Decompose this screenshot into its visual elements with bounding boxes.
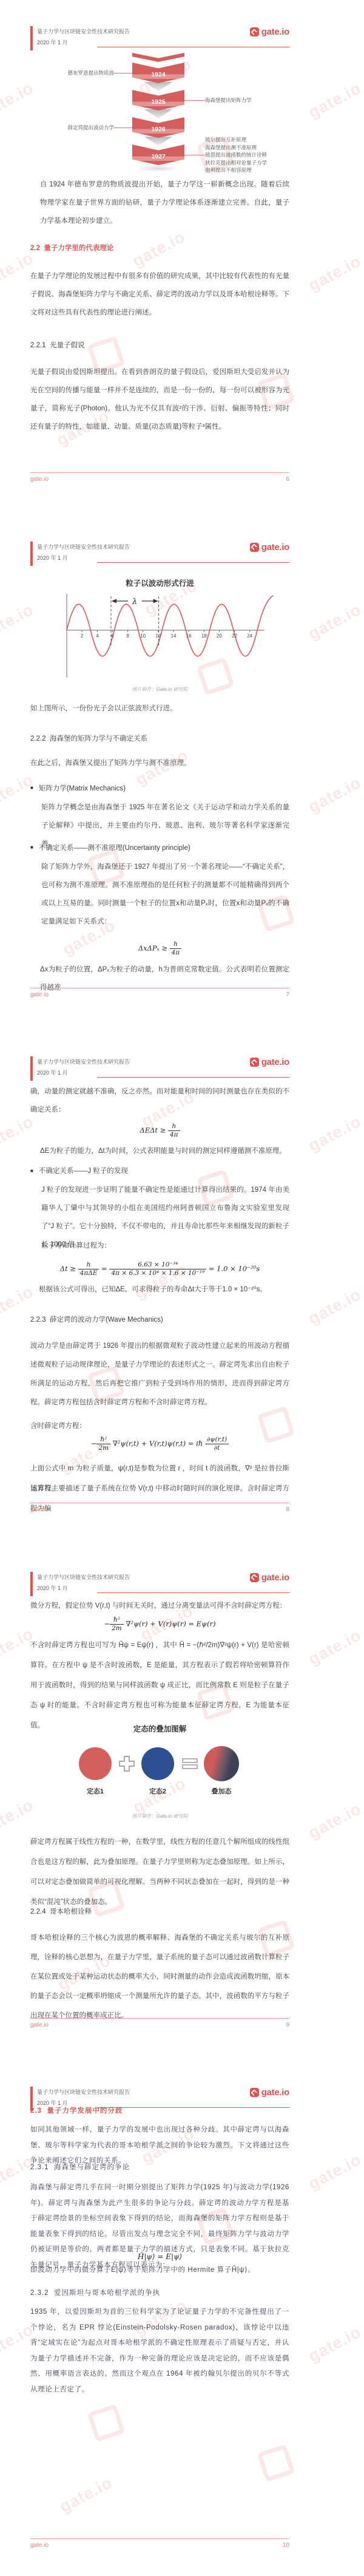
- timeline-connector: [114, 127, 132, 128]
- equals-icon: [182, 1758, 198, 1769]
- watermark-text: gate.io: [305, 2150, 364, 2194]
- report-title: 量子力学与区块链安全性技术研究报告: [37, 1573, 130, 1581]
- state1-circle: [79, 1747, 112, 1780]
- header-accent-bar: [30, 1056, 33, 1081]
- paragraph-tdse-intro: 含时薛定谔方程：: [30, 1417, 289, 1435]
- formula-time-independent-schrodinger: −ℏ²2m ∇²ψ(r) + V(r)ψ(r) = Eψ(r): [30, 1616, 289, 1633]
- paragraph-2-2-1: 光量子假说由爱因斯坦提出。在看到普朗克的量子假设后，爱因斯坦大受启发并认为光在空…: [30, 363, 289, 436]
- footer-rule: [30, 2018, 289, 2019]
- footer-brand: gate.io: [30, 476, 49, 483]
- header-rule: [97, 562, 289, 563]
- page-number: 7: [286, 991, 289, 998]
- watermark-logo-icon: [257, 2444, 295, 2483]
- section-heading-2-2-3: 2.2.3 薛定谔的波动力学(Wave Mechanics): [30, 1314, 163, 1324]
- footer-brand: gate.io: [30, 1506, 49, 1513]
- header-accent-bar: [30, 542, 33, 566]
- gateio-logo-wordmark: gate.io: [261, 27, 289, 37]
- bullet-uncertainty: ■不确定关系——测不准原理(Uncertainty principle): [30, 843, 289, 852]
- watermark-text: gate.io: [305, 600, 364, 644]
- footer-rule: [30, 472, 289, 473]
- header-rule: [97, 1077, 289, 1078]
- page-number: 9: [286, 2022, 289, 2028]
- state1-label: 定态1: [74, 1786, 116, 1796]
- timeline-event-label: 薛定谔提出波动力学: [35, 124, 114, 132]
- report-date: 2020 年 1 月: [37, 1584, 68, 1592]
- gateio-logo-wordmark: gate.io: [261, 1057, 289, 1067]
- bullet-icon: ■: [30, 785, 33, 790]
- watermark-text: gate.io: [305, 2323, 364, 2367]
- svg-text:2: 2: [81, 633, 84, 639]
- timeline-event-label: 玻尔提出互补原理 海森堡提出测不准原理 玻恩提出波函数的统计诠释 狄拉克提出相对…: [205, 136, 290, 174]
- section-heading-2-3: 2.3 量子力学发展中的分歧: [30, 2105, 123, 2115]
- gateio-logo-icon: [250, 27, 259, 36]
- gateio-logo: gate.io: [250, 27, 289, 37]
- bullet-icon: ■: [30, 845, 33, 850]
- paragraph-intro: 自 1924 年德布罗意的物质波提出开始，量子力学这一崭新概念出现。随着后续物理…: [40, 175, 289, 230]
- report-date: 2020 年 1 月: [37, 38, 68, 46]
- timeline-year-banner: 1924: [132, 63, 184, 83]
- gateio-logo-icon: [250, 2088, 259, 2097]
- bullet-icon: ■: [30, 1168, 33, 1174]
- timeline-connector: [184, 100, 205, 101]
- gateio-logo: gate.io: [250, 1572, 289, 1583]
- section-heading-2-2-2: 2.2.2 海森堡的矩阵力学与不确定关系: [30, 733, 147, 743]
- gateio-logo-wordmark: gate.io: [261, 1572, 289, 1583]
- header-accent-bar: [30, 1572, 33, 1596]
- header-rule: [97, 1592, 289, 1593]
- watermark-logo-icon: [87, 2404, 125, 2442]
- paragraph-2-3-2: 1935 年，以爱因斯坦为首的三位科学家为了论证量子力学的不完备性提出了一个悖论…: [30, 2305, 289, 2398]
- paragraph-dirac-note: 即波动力学中的微分算子E|ψ⟩等于矩阵力学中的 Hermite 算子Ĥ|ψ⟩。: [30, 2263, 289, 2279]
- report-page-9: gate.io gate.io gate.io gate.io gate.io …: [0, 1546, 364, 2061]
- bullet-j-particle: ■不确定关系——J 粒子的发现: [30, 1166, 289, 1175]
- timeline-connector: [184, 155, 205, 155]
- section-heading-2-2: 2.2 量子力学里的代表理论: [30, 243, 113, 253]
- paragraph-continued: 确，动量的测定就越不准确，反之亦然。而对能量和时间的同时测量也存在类似的不确定关…: [30, 1082, 289, 1119]
- page-number: 10: [283, 2542, 289, 2549]
- formula-dirac-notation: Ĥ|ψ⟩ = E|ψ⟩: [30, 2252, 289, 2261]
- timeline-event-label: 德布罗意提出物质波: [35, 69, 114, 77]
- timeline-event-label: 海森堡提出矩阵力学: [205, 97, 287, 104]
- paragraph-lifetime-intro: 粒子寿命计算过程为：: [41, 1237, 289, 1255]
- report-date: 2020 年 1 月: [37, 554, 68, 562]
- paragraph-figure-note: 如上图所示，一份份光子会以正弦波形式行进。: [30, 699, 289, 718]
- timeline-diagram: 1924 1925 1926 1927 德布罗意提出物质波 海森堡提出矩阵力学 …: [30, 52, 289, 180]
- timeline-shadow-triangle: [144, 109, 172, 118]
- svg-text:10: 10: [140, 633, 146, 639]
- x-axis-ticks: 2 4 6 8 10 12 14 16 18 20 22 24: [81, 630, 253, 639]
- figure-caption: 图片制作：Gate.io 研究院: [30, 1813, 289, 1820]
- watermark-text: gate.io: [305, 1626, 364, 1670]
- timeline-shadow-ellipse: [137, 165, 180, 172]
- formula-lifetime: Δt ≥ h4πΔE = 6.63 × 10⁻³⁴4π × 6.3 × 10⁴ …: [30, 1261, 289, 1277]
- wave-figure-title: 粒子以波动形式行进: [30, 577, 289, 588]
- plus-icon: [118, 1755, 135, 1772]
- watermark-text: gate.io: [56, 2473, 116, 2517]
- svg-text:22: 22: [232, 633, 237, 639]
- timeline-shadow-triangle: [144, 82, 172, 91]
- paragraph-2-2: 在量子力学理论的发展过程中有很多有价值的研究成果，其中比较有代表性的有光量子假说…: [30, 267, 289, 322]
- footer-brand: gate.io: [30, 2542, 49, 2549]
- timeline-ribbon-cap: [132, 53, 184, 62]
- report-title: 量子力学与区块链安全性技术研究报告: [37, 2088, 130, 2096]
- formula-energy-time: ΔEΔt ≥ h4π: [30, 1123, 289, 1139]
- section-heading-2-3-2: 2.3.2 爱因斯坦与哥本哈根学派的争执: [30, 2288, 160, 2297]
- gateio-logo-wordmark: gate.io: [261, 542, 289, 552]
- paragraph-tise: 不含时薛定谔方程也可写为 Ĥψ = Eψ(r) ，其中 Ĥ = −(ℏ²/2m)…: [30, 1636, 289, 1736]
- bullet-matrix-mechanics: ■矩阵力学(Matrix Mechanics): [30, 783, 289, 793]
- superposition-label: 叠加态: [200, 1786, 243, 1796]
- section-heading-2-2-4: 2.2.4 哥本哈根诠释: [30, 1906, 92, 1916]
- page-number: 8: [286, 1506, 289, 1513]
- watermark-text: gate.io: [0, 600, 37, 644]
- superposition-figure-title: 定态的叠加图解: [30, 1723, 289, 1734]
- formula-time-dependent-schrodinger: −ℏ²2m ∇²ψ(r,t) + V(r,t)ψ(r,t) = iℏ ∂ψ(r,…: [30, 1436, 289, 1452]
- sine-wave-path: [67, 596, 273, 656]
- watermark-text: gate.io: [305, 252, 364, 296]
- paragraph-uncertainty: 除了矩阵力学外，海森堡还于 1927 年提出了另一个著名理论——“不确定关系”，…: [41, 858, 289, 931]
- watermark-text: gate.io: [305, 1112, 364, 1156]
- page-number: 6: [286, 476, 289, 483]
- report-title: 量子力学与区块链安全性技术研究报告: [37, 543, 130, 551]
- section-heading-2-3-1: 2.3.1 海森堡与薛定谔的争论: [30, 2162, 130, 2172]
- header-accent-bar: [30, 26, 33, 50]
- gateio-logo: gate.io: [250, 2087, 289, 2098]
- svg-text:18: 18: [201, 633, 207, 639]
- timeline-shadow-triangle: [144, 137, 172, 146]
- section-heading-2-2-1: 2.2.1 光量子假说: [30, 340, 84, 350]
- svg-text:6: 6: [111, 633, 114, 639]
- paragraph-2-2-3: 波动力学是由薛定谔于 1926 年提出的根据微观粒子波动性建立起来的用波动方程描…: [30, 1337, 289, 1412]
- svg-text:20: 20: [217, 633, 222, 639]
- report-page-8: gate.io gate.io gate.io gate.io gate.io …: [0, 1030, 364, 1546]
- gateio-logo-wordmark: gate.io: [261, 2087, 289, 2098]
- report-title: 量子力学与区块链安全性技术研究报告: [37, 27, 130, 35]
- report-page-6: gate.io gate.io gate.io gate.io gate.io …: [0, 0, 364, 515]
- paragraph-2-2-2: 在此之后，海森堡又提出了矩阵力学与测不准原理。: [30, 754, 289, 772]
- gateio-logo-icon: [250, 1058, 259, 1067]
- figure-caption: 图片制作：Gate.io 研究院: [30, 686, 289, 693]
- header-rule: [97, 47, 289, 47]
- formula-position-momentum: ΔxΔPₓ ≥ h4π: [30, 940, 289, 957]
- lambda-label: λ: [132, 597, 137, 607]
- paragraph-superposition: 薛定谔方程属于线性方程的一种，在数学里，线性方程的任意几个解所组成的线性组合也是…: [30, 1832, 289, 1912]
- paragraph-tdse-desc: 该方程主要描述了量子系统在位势 V(r,t) 中移动时随时间的演化规律。含时薛定…: [30, 1479, 289, 1519]
- paragraph-energy-time: ΔE为粒子的能力，Δt为时间，公式表明能量与时间的测定同样遵循测不准原理。: [40, 1142, 289, 1160]
- superposition-circle: [204, 1746, 239, 1781]
- timeline-year-banner: 1925: [132, 90, 184, 110]
- footer-brand: gate.io: [30, 2022, 49, 2028]
- paragraph-copenhagen: 哥本哈根诠释的三个核心为波恩的概率解释、海森堡的不确定关系与玻尔的互补原理，诠释…: [30, 1928, 289, 2025]
- footer-rule: [30, 988, 289, 988]
- sine-wave-chart: λ 2 4 6 8 10 12 14 16 18 20 22 24: [64, 593, 274, 684]
- svg-text:16: 16: [186, 633, 192, 639]
- timeline-year-banner: 1926: [132, 117, 184, 138]
- watermark-text: gate.io: [305, 79, 364, 123]
- state2-label: 定态2: [136, 1786, 179, 1796]
- report-page-10: gate.io gate.io gate.io gate.io gate.io …: [0, 2061, 364, 2576]
- timeline-year-banner: 1927: [132, 144, 184, 165]
- svg-text:14: 14: [171, 633, 177, 639]
- paragraph-continued: 微分方程，假定位势 V(r,t) 与时间无关时，通过分离变量法可得不含时薛定谔方…: [30, 1597, 289, 1615]
- state2-circle: [141, 1747, 174, 1780]
- gateio-logo: gate.io: [250, 1057, 289, 1067]
- svg-text:4: 4: [96, 633, 99, 639]
- svg-text:12: 12: [155, 633, 161, 639]
- svg-text:8: 8: [126, 633, 129, 639]
- header-rule: [97, 2107, 289, 2108]
- svg-text:24: 24: [247, 633, 252, 639]
- watermark-text: gate.io: [305, 773, 364, 817]
- paragraph-after-formula: Δx为粒子的位置，ΔPₓ为粒子的动量，h为普朗克常数定值。公式表明若位置测定得越…: [40, 960, 289, 997]
- report-title: 量子力学与区块链安全性技术研究报告: [37, 1058, 130, 1065]
- gateio-logo-icon: [250, 543, 259, 552]
- watermark-text: gate.io: [305, 1799, 364, 1843]
- gateio-logo-icon: [250, 1573, 259, 1582]
- timeline-connector: [114, 73, 132, 73]
- paragraph-lifetime-result: 根据该公式可得出，已知ΔE，可求得粒子的寿命Δt大于等于1.0 × 10⁻²⁰s…: [39, 1280, 289, 1299]
- gateio-logo: gate.io: [250, 542, 289, 552]
- watermark-text: gate.io: [305, 1285, 364, 1329]
- footer-rule: [30, 1503, 289, 1503]
- report-page-7: gate.io gate.io gate.io gate.io gate.io …: [0, 515, 364, 1031]
- watermark-text: gate.io: [129, 228, 189, 271]
- report-date: 2020 年 1 月: [37, 1069, 68, 1076]
- footer-rule: [30, 2538, 289, 2539]
- footer-brand: gate.io: [30, 991, 49, 998]
